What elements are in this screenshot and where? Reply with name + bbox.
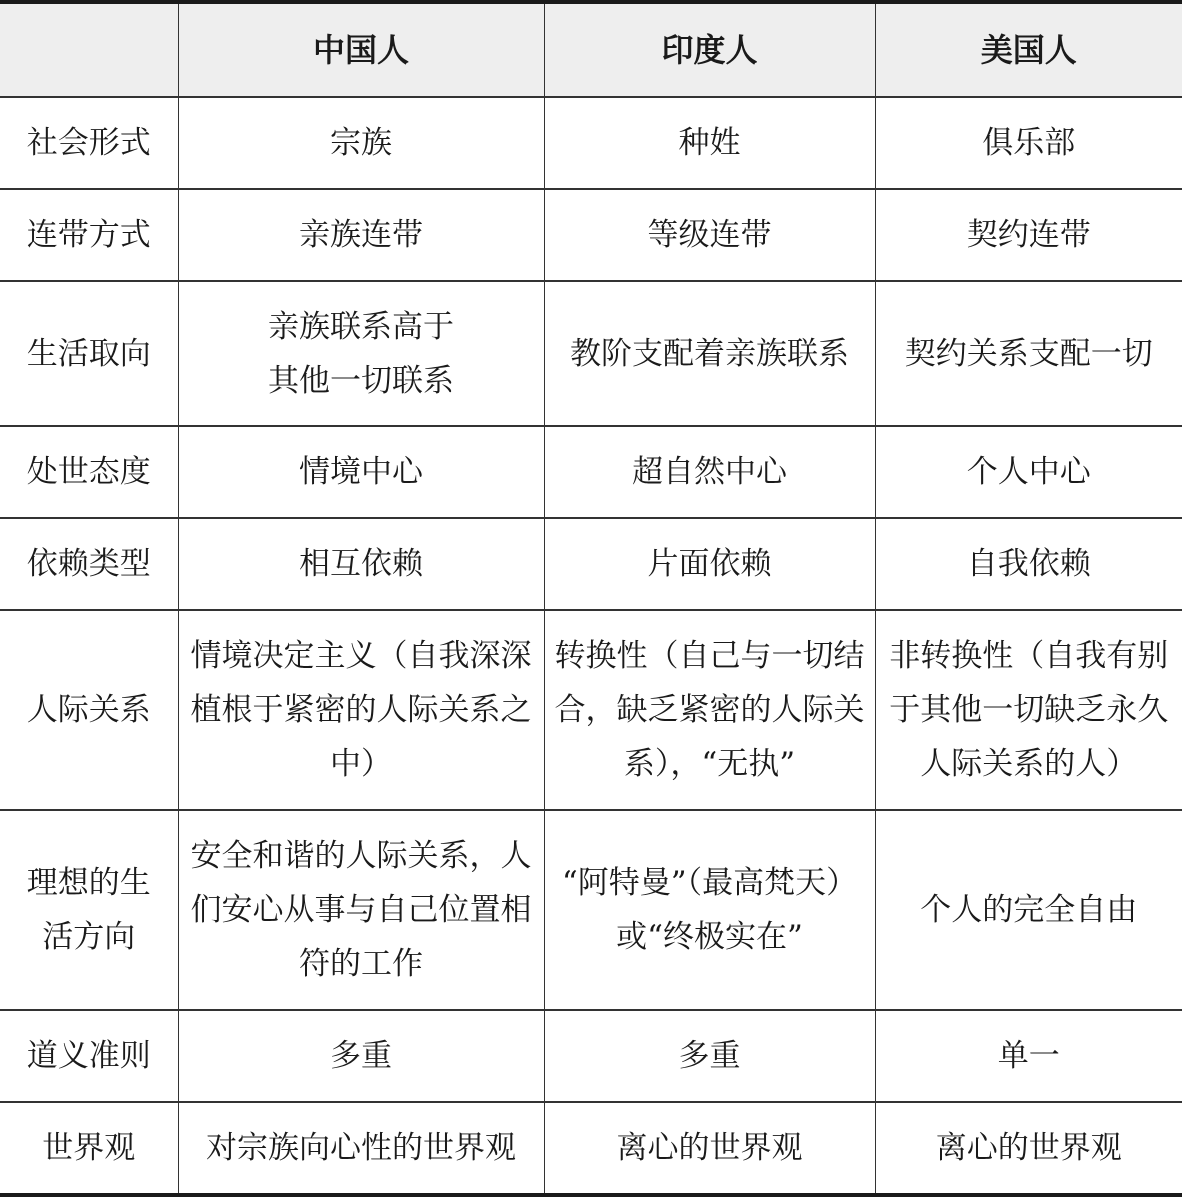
cell-indian: 等级连带 <box>544 189 875 281</box>
header-corner <box>0 2 178 97</box>
table-row: 道义准则 多重 多重 单一 <box>0 1010 1182 1102</box>
row-label: 道义准则 <box>0 1010 178 1102</box>
cell-american: 俱乐部 <box>875 97 1182 189</box>
cell-text: 亲族联系高于其他一切联系 <box>256 300 466 408</box>
cell-indian: 教阶支配着亲族联系 <box>544 281 875 426</box>
cell-chinese: 情境中心 <box>178 426 544 518</box>
table-row: 依赖类型 相互依赖 片面依赖 自我依赖 <box>0 518 1182 610</box>
cell-american: 非转换性（自我有别于其他一切缺乏永久人际关系的人） <box>875 610 1182 810</box>
row-label: 人际关系 <box>0 610 178 810</box>
row-label: 连带方式 <box>0 189 178 281</box>
row-label: 处世态度 <box>0 426 178 518</box>
cell-chinese: 多重 <box>178 1010 544 1102</box>
cell-american: 个人的完全自由 <box>875 810 1182 1010</box>
row-label: 依赖类型 <box>0 518 178 610</box>
table-row: 人际关系 情境决定主义（自我深深植根于紧密的人际关系之中） 转换性（自己与一切结… <box>0 610 1182 810</box>
header-row: 中国人 印度人 美国人 <box>0 2 1182 97</box>
table-row: 处世态度 情境中心 超自然中心 个人中心 <box>0 426 1182 518</box>
table-row: 社会形式 宗族 种姓 俱乐部 <box>0 97 1182 189</box>
header-indian: 印度人 <box>544 2 875 97</box>
cell-chinese: 宗族 <box>178 97 544 189</box>
cell-indian: “阿特曼”（最高梵天）或“终极实在” <box>544 810 875 1010</box>
header-american: 美国人 <box>875 2 1182 97</box>
cell-chinese: 对宗族向心性的世界观 <box>178 1102 544 1195</box>
row-label: 理想的生活方向 <box>0 810 178 1010</box>
cell-chinese: 亲族连带 <box>178 189 544 281</box>
row-label: 社会形式 <box>0 97 178 189</box>
cell-text: 理想的生活方向 <box>19 856 159 964</box>
header-chinese: 中国人 <box>178 2 544 97</box>
cell-chinese: 情境决定主义（自我深深植根于紧密的人际关系之中） <box>178 610 544 810</box>
cell-indian: 种姓 <box>544 97 875 189</box>
cell-indian: 转换性（自己与一切结合，缺乏紧密的人际关系），“无执” <box>544 610 875 810</box>
cell-american: 个人中心 <box>875 426 1182 518</box>
cell-chinese: 相互依赖 <box>178 518 544 610</box>
cell-american: 契约连带 <box>875 189 1182 281</box>
table-row: 生活取向 亲族联系高于其他一切联系 教阶支配着亲族联系 契约关系支配一切 <box>0 281 1182 426</box>
table-row: 理想的生活方向 安全和谐的人际关系，人们安心从事与自己位置相符的工作 “阿特曼”… <box>0 810 1182 1010</box>
cell-indian: 超自然中心 <box>544 426 875 518</box>
row-label: 世界观 <box>0 1102 178 1195</box>
table-row: 世界观 对宗族向心性的世界观 离心的世界观 离心的世界观 <box>0 1102 1182 1195</box>
cell-american: 契约关系支配一切 <box>875 281 1182 426</box>
table-row: 连带方式 亲族连带 等级连带 契约连带 <box>0 189 1182 281</box>
row-label: 生活取向 <box>0 281 178 426</box>
cell-american: 单一 <box>875 1010 1182 1102</box>
cell-indian: 多重 <box>544 1010 875 1102</box>
cell-indian: 离心的世界观 <box>544 1102 875 1195</box>
cell-chinese: 安全和谐的人际关系，人们安心从事与自己位置相符的工作 <box>178 810 544 1010</box>
cell-american: 离心的世界观 <box>875 1102 1182 1195</box>
cell-american: 自我依赖 <box>875 518 1182 610</box>
cell-indian: 片面依赖 <box>544 518 875 610</box>
comparison-table: 中国人 印度人 美国人 社会形式 宗族 种姓 俱乐部 连带方式 亲族连带 等级连… <box>0 0 1182 1197</box>
cell-chinese: 亲族联系高于其他一切联系 <box>178 281 544 426</box>
